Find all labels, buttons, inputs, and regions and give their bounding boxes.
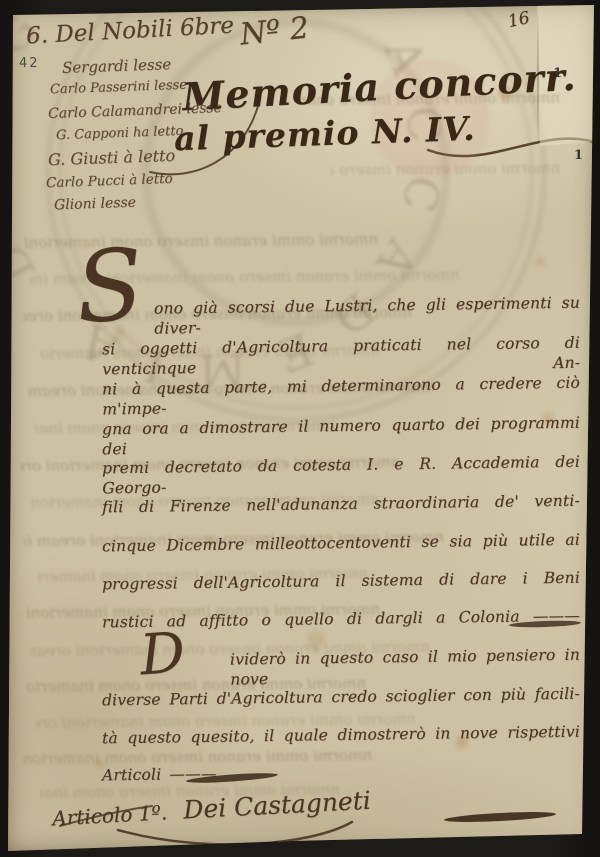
manuscript-line: cinque Dicembre milleottocentoventi se s… (102, 530, 580, 561)
manuscript-line: progressi dell'Agricoltura il sistema di… (102, 568, 580, 599)
reader-annotation: Glioni lesse (54, 195, 136, 214)
archive-photo: ACCADEMIA DEI GEORGOFILI nmormi ommi era… (0, 0, 600, 857)
manuscript-line: gna ora a dimostrare il numero quarto de… (102, 413, 580, 444)
manuscript-line: tà questo quesito, il quale dimostrerò i… (102, 722, 580, 753)
reader-annotation: Sergardi lesse (62, 55, 172, 77)
manuscript-line: premi decretato da cotesta I. e R. Accad… (102, 452, 580, 483)
reader-annotation: G. Capponi ha letto (56, 124, 184, 143)
manuscript-line: fili di Firenze nell'adunanza straordina… (102, 491, 580, 522)
reader-annotation: Carlo Pucci à letto (46, 171, 173, 191)
copy-stamp-2: 1 (574, 148, 583, 163)
memoria-title-line1: Memoria concorr. (181, 54, 577, 120)
reader-annotation: Carlo Passerini lesse (50, 78, 187, 98)
numbering-mark: Nº 2 (238, 10, 310, 52)
manuscript-line: diverse Parti d'Agricoltura credo sciogl… (102, 684, 580, 715)
article-title: Dei Castagneti (183, 786, 372, 825)
decorative-initial-s: S (72, 228, 147, 346)
ghost-text-line: nmormi ommi eranon imsero onom inamerion… (330, 159, 560, 179)
reader-annotation: G. Giusti à letto (48, 146, 176, 169)
article-label: Articolo 1º. (52, 800, 168, 830)
manuscript-line: rustici ad affitto o quello di dargli a … (102, 606, 580, 637)
foxing-spot (535, 257, 545, 267)
folio-number: 16 (506, 8, 531, 32)
manuscript-line: Articoli ——— (102, 759, 580, 790)
manuscript-page: ACCADEMIA DEI GEORGOFILI nmormi ommi era… (0, 0, 600, 857)
registry-number: 42 (19, 56, 40, 71)
article-heading: Articolo 1º. Dei Castagneti (51, 786, 371, 832)
manuscript-line: ono già scorsi due Lustri, che gli esper… (102, 293, 580, 324)
top-note: 6. Del Nobili 6bre (25, 13, 234, 50)
foxing-spot (307, 631, 325, 649)
